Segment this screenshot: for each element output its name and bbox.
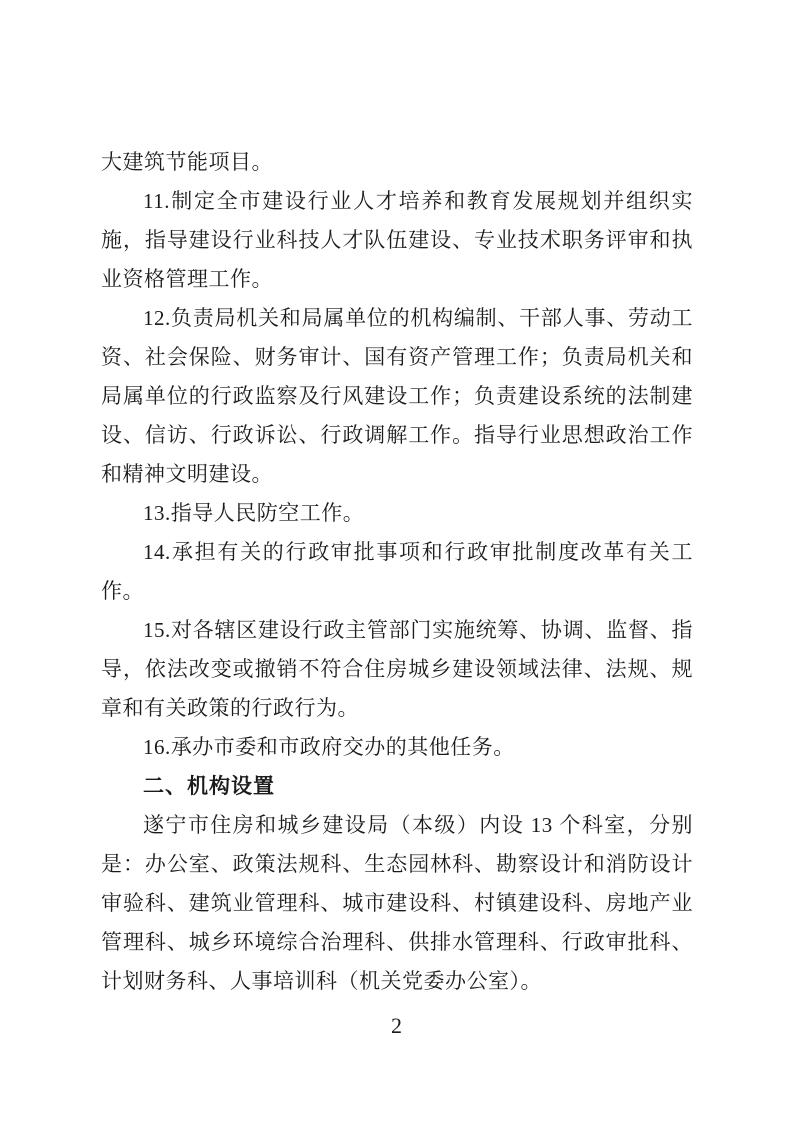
page-number: 2 xyxy=(0,1010,793,1042)
paragraph-continuation: 大建筑节能项目。 xyxy=(101,143,693,182)
paragraph-item-12: 12.负责局机关和局属单位的机构编制、干部人事、劳动工资、社会保险、财务审计、国… xyxy=(101,299,693,494)
paragraph-item-16: 16.承办市委和市政府交办的其他任务。 xyxy=(101,728,693,767)
paragraph-item-15: 15.对各辖区建设行政主管部门实施统筹、协调、监督、指导，依法改变或撤销不符合住… xyxy=(101,611,693,728)
paragraph-organization-setup: 遂宁市住房和城乡建设局（本级）内设 13 个科室，分别是：办公室、政策法规科、生… xyxy=(101,806,693,1001)
paragraph-item-13: 13.指导人民防空工作。 xyxy=(101,494,693,533)
paragraph-item-11: 11.制定全市建设行业人才培养和教育发展规划并组织实施，指导建设行业科技人才队伍… xyxy=(101,182,693,299)
document-page: 大建筑节能项目。 11.制定全市建设行业人才培养和教育发展规划并组织实施，指导建… xyxy=(0,0,793,1122)
paragraph-item-14: 14.承担有关的行政审批事项和行政审批制度改革有关工作。 xyxy=(101,533,693,611)
section-heading-organization: 二、机构设置 xyxy=(101,767,693,806)
document-body: 大建筑节能项目。 11.制定全市建设行业人才培养和教育发展规划并组织实施，指导建… xyxy=(101,143,693,1001)
